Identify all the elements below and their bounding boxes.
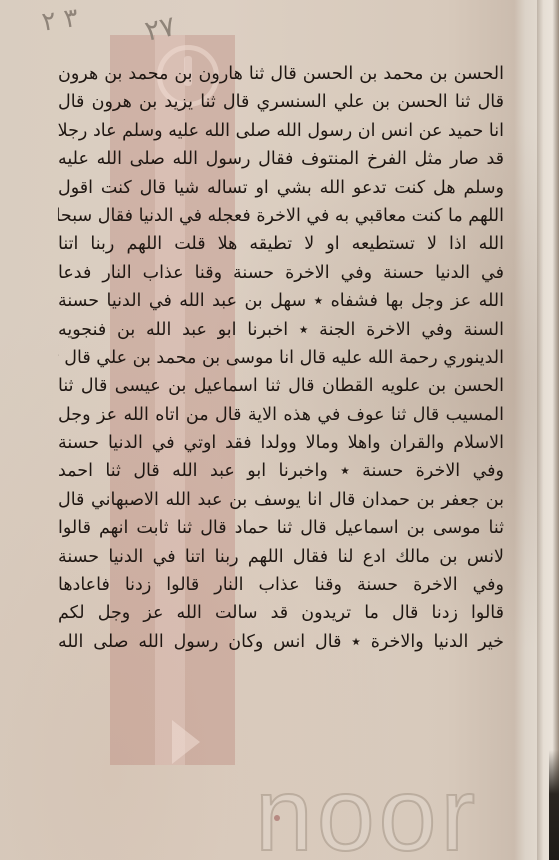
- text-line: خير الدنيا والاخرة ٭ قال انس وكان رسول ا…: [58, 628, 504, 656]
- text-line: قالوا زدنا قال ما تريدون قد سالت الله عز…: [58, 599, 504, 627]
- text-line: وفي الاخرة حسنة وقنا عذاب النار قالوا زد…: [58, 571, 504, 599]
- text-line: قد صار مثل الفرخ المنتوف فقال رسول الله …: [58, 145, 504, 173]
- text-line: الحسن بن علويه القطان قال ثنا اسماعيل بن…: [58, 372, 504, 400]
- text-line: في الدنيا حسنة وفي الاخرة حسنة وقنا عذاب…: [58, 259, 504, 287]
- folio-annotation: ٣ ٢: [40, 3, 80, 38]
- text-line: السنة وفي الاخرة الجنة ٭ اخبرنا ابو عبد …: [58, 316, 504, 344]
- binding-edge: [537, 0, 559, 860]
- manuscript-text: الحسن بن محمد بن الحسن قال ثنا هارون بن …: [58, 60, 504, 656]
- text-line: وفي الاخرة حسنة ٭ واخبرنا ابو عبد الله ق…: [58, 457, 504, 485]
- text-line: اللهم ما كنت معاقبي به في الاخرة فعجله ف…: [58, 202, 504, 230]
- text-line: الدينوري رحمة الله عليه قال انا موسى بن …: [58, 344, 504, 372]
- text-line: الحسن بن محمد بن الحسن قال ثنا هارون بن …: [58, 60, 504, 88]
- watermark-arrow-icon: [172, 720, 200, 764]
- text-line: لانس بن مالك ادع لنا فقال اللهم ربنا اتن…: [58, 543, 504, 571]
- text-line: المسيب قال ثنا عوف في هذه الاية قال من ا…: [58, 401, 504, 429]
- text-line: بن جعفر بن حمدان قال انا يوسف بن عبد الل…: [58, 486, 504, 514]
- text-line: وسلم هل كنت تدعو الله بشي او تساله شيا ق…: [58, 174, 504, 202]
- text-line: الله عز وجل بها فشفاه ٭ سهل بن عبد الله …: [58, 287, 504, 315]
- text-line: الاسلام والقران واهلا ومالا وولدا فقد او…: [58, 429, 504, 457]
- noor-watermark: noor: [255, 770, 479, 860]
- manuscript-page: ٣ ٢ ٢٧ الحسن بن محمد بن الحسن قال ثنا ها…: [0, 0, 559, 860]
- text-line: الله اذا لا تستطيعه او لا تطيقه هلا قلت …: [58, 230, 504, 258]
- text-line: قال ثنا الحسن بن علي السنسري قال ثنا يزي…: [58, 88, 504, 116]
- text-line: انا حميد عن انس ان رسول الله صلى الله عل…: [58, 117, 504, 145]
- folio-mark: ٢٧: [142, 9, 178, 48]
- text-line: ثنا موسى بن اسماعيل قال ثنا حماد قال ثنا…: [58, 514, 504, 542]
- binding-shadow: [549, 750, 559, 860]
